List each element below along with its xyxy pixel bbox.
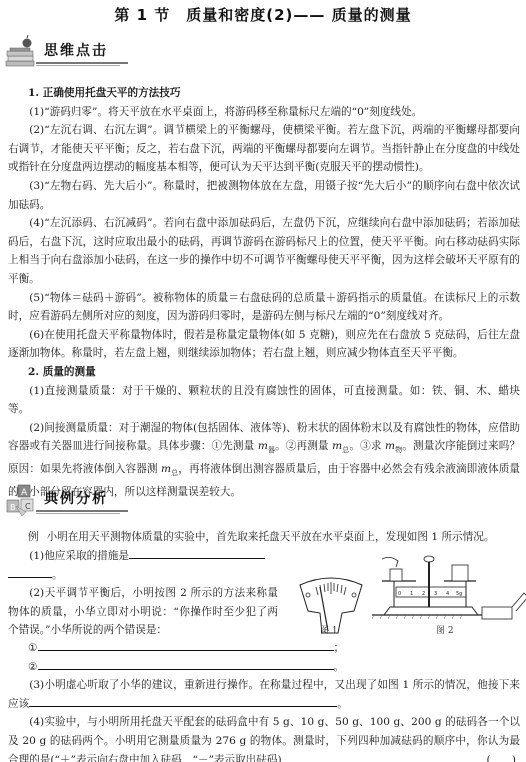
paragraph: (3)“左物右码、先大后小”。称量时，把被测物体放在左盘，用镊子按“先大后小”的… <box>8 177 520 214</box>
answer-blank[interactable] <box>129 547 265 559</box>
punctuation: ； <box>334 642 345 654</box>
math-symbol: m <box>161 463 171 475</box>
paragraph: (6)在使用托盘天平称量物体时，假若是称量定量物体(如 5 克糖)，则应先在右盘… <box>8 326 520 363</box>
svg-text:C: C <box>25 502 31 511</box>
svg-text:B: B <box>10 503 16 512</box>
books-apple-icon <box>4 34 40 70</box>
answer-blank[interactable] <box>8 566 52 578</box>
divider <box>36 65 120 66</box>
figure-2-balance-weighing: 0 1 2 3 4 5g <box>372 553 526 623</box>
question-2: (2)天平调节平衡后，小明按图 2 所示的方法来称量物体的质量，小华立即对小明说… <box>8 584 278 640</box>
svg-text:A: A <box>21 488 28 498</box>
section-heading: 思维点击 <box>44 40 108 60</box>
paragraph: (1)直接测量质量：对于干燥的、颗粒状的且没有腐蚀性的固体，可直接测量。如：铁、… <box>8 382 520 419</box>
math-symbol: m <box>385 440 395 452</box>
example-questions-main: ①； ②。 (3)小明虚心听取了小华的建议，重新进行操作。在称量过程中，又出现了… <box>8 639 520 762</box>
circled-number: ① <box>28 642 38 654</box>
thinking-body: 1. 正确使用托盘天平的方法技巧 (1)“游码归零”。将天平放在水平桌面上，将游… <box>8 84 520 501</box>
punctuation: 。 <box>52 569 63 581</box>
scale-tick: 4 <box>446 591 449 597</box>
scale-tick: 0 <box>398 591 401 597</box>
question-text: (1)他应采取的措施是 <box>29 550 129 562</box>
answer-blank[interactable] <box>29 695 337 707</box>
scale-tick: 1 <box>410 591 413 597</box>
paragraph: (5)“物体＝砝码＋游码”。被称物体的质量＝右盘砝码的总质量＋游码指示的质量值。… <box>8 289 520 326</box>
figure-1-caption: 图 1 <box>320 623 338 636</box>
abc-blocks-icon: A B C <box>4 482 40 518</box>
answer-choice-paren[interactable]: ( ) <box>465 751 516 762</box>
figure-2-caption: 图 2 <box>436 623 454 636</box>
scale-tick: 5g <box>456 591 462 597</box>
figures: 0 1 2 3 4 5g 图 1 图 2 <box>292 553 524 643</box>
page-title: 第 1 节 质量和密度(2)—— 质量的测量 <box>0 4 526 25</box>
topic-heading: 2. 质量的测量 <box>8 363 520 382</box>
example-intro-text: 小明在用天平测物体质量的实验中，首先取来托盘天平放在水平桌面上，发现如图 1 所… <box>47 531 495 543</box>
math-symbol: m <box>332 440 342 452</box>
answer-blank[interactable] <box>38 658 334 670</box>
question-1: (1)他应采取的措施是 <box>8 547 278 566</box>
topic-heading: 1. 正确使用托盘天平的方法技巧 <box>8 84 520 103</box>
punctuation: 。 <box>334 661 345 673</box>
question-4: (4)实验中，与小明所用托盘天平配套的砝码盒中有 5 g、10 g、50 g、1… <box>8 713 520 762</box>
divider <box>36 510 128 512</box>
example-intro: 例小明在用天平测物体质量的实验中，首先取来托盘天平放在水平桌面上，发现如图 1 … <box>8 528 520 547</box>
scale-tick: 3 <box>434 591 437 597</box>
question-text: (4)实验中，与小明所用托盘天平配套的砝码盒中有 5 g、10 g、50 g、1… <box>8 716 520 762</box>
math-symbol: m <box>258 440 268 452</box>
scale-tick: 2 <box>422 591 425 597</box>
example-label: 例 <box>28 531 39 543</box>
section-header-example: A B C 典例分析 <box>4 482 129 518</box>
punctuation: 。 <box>337 698 348 710</box>
example-body: 例小明在用天平测物体质量的实验中，首先取来托盘天平放在水平桌面上，发现如图 1 … <box>8 528 520 547</box>
section-header-thinking: 思维点击 <box>4 34 129 70</box>
circled-number: ② <box>28 661 38 673</box>
question-2-answer-b: ②。 <box>8 658 520 677</box>
text-span: 。②再测量 <box>275 440 332 452</box>
subscript: 器 <box>268 446 275 454</box>
example-questions-left: (1)他应采取的措施是 。 (2)天平调节平衡后，小明按图 2 所示的方法来称量… <box>8 547 278 640</box>
divider <box>36 513 120 514</box>
paragraph: (4)“左沉添码、右沉减码”。若向右盘中添加砝码后，左盘仍下沉，应继续向右盘中添… <box>8 214 520 288</box>
question-3: (3)小明虚心听取了小华的建议，重新进行操作。在称量过程中，又出现了如图 1 所… <box>8 676 520 713</box>
document-page: 第 1 节 质量和密度(2)—— 质量的测量 思维点击 1. 正确使用托盘天平的… <box>0 0 526 762</box>
question-1-continued: 。 <box>8 566 278 585</box>
section-heading: 典例分析 <box>44 488 108 508</box>
text-span: 。③求 <box>349 440 385 452</box>
paragraph: (1)“游码归零”。将天平放在水平桌面上，将游码移至称量标尺左端的“0”刻度线处… <box>8 103 520 122</box>
answer-blank[interactable] <box>38 639 334 651</box>
divider <box>36 62 128 64</box>
paragraph: (2)“左沉右调、右沉左调”。调节横梁上的平衡螺母，使横梁平衡。若左盘下沉，两端… <box>8 121 520 177</box>
